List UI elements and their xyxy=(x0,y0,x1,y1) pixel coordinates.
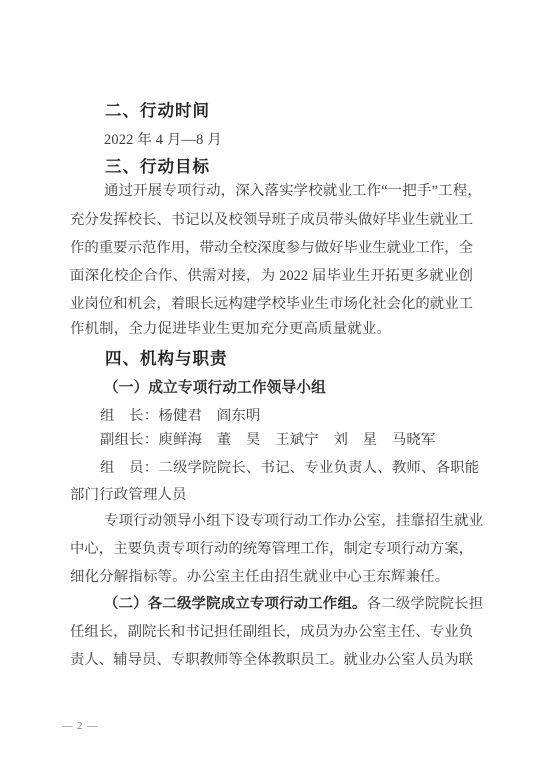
page-number: — 2 — xyxy=(62,721,99,732)
subheading-college-group-line: （二）各二级学院成立专项行动工作组。各二级学院院长担 xyxy=(70,594,509,614)
document-page: 二、行动时间 2022 年 4 月—8 月 三、行动目标 通过开展专项行动，深入… xyxy=(0,0,543,768)
goal-paragraph-line: 作的重要示范作用，带动全校深度参与做好毕业生就业工作，全 xyxy=(70,238,473,258)
college-group-paragraph-line: 任组长，副院长和书记担任副组长，成员为办公室主任、专业负 xyxy=(70,622,473,642)
office-paragraph-line: 细化分解指标等。办公室主任由招生就业中心王东辉兼任。 xyxy=(70,567,475,587)
office-paragraph-line: 专项行动领导小组下设专项行动工作办公室，挂靠招生就业 xyxy=(70,511,509,531)
goal-paragraph-line: 面深化校企合作、供需对接，为 2022 届毕业生开拓更多就业创 xyxy=(70,266,473,286)
college-group-paragraph-line: 责人、辅导员、专职教师等全体教职员工。就业办公室人员为联 xyxy=(70,650,473,670)
member-line: 组 员：二级学院院长、书记、专业负责人、教师、各职能 xyxy=(70,458,505,478)
office-paragraph-line: 中心，主要负责专项行动的统筹管理工作，制定专项行动方案， xyxy=(70,539,473,559)
subheading-college-group: （二）各二级学院成立专项行动工作组。 xyxy=(104,596,367,612)
goal-paragraph-line: 充分发挥校长、书记以及校领导班子成员带头做好毕业生就业工 xyxy=(70,210,473,230)
group-leader-line: 组 长：杨健君 阎东明 xyxy=(70,406,505,426)
action-time-value: 2022 年 4 月—8 月 xyxy=(70,130,509,150)
heading-organization: 四、机构与职责 xyxy=(70,349,510,369)
heading-action-time: 二、行动时间 xyxy=(70,101,510,121)
heading-action-goal: 三、行动目标 xyxy=(70,157,510,177)
member-line: 部门行政管理人员 xyxy=(70,485,475,505)
deputy-leader-line: 副组长：庾鲜海 董 昊 王斌宁 刘 星 马晓军 xyxy=(70,430,505,450)
college-group-paragraph-line: 各二级学院院长担 xyxy=(367,596,484,612)
goal-paragraph-line: 作机制，全力促进毕业生更加充分更高质量就业。 xyxy=(70,319,475,339)
goal-paragraph-line: 通过开展专项行动，深入落实学校就业工作“一把手”工程， xyxy=(70,181,509,201)
goal-paragraph-line: 业岗位和机会，着眼长远构建学校毕业生市场化社会化的就业工 xyxy=(70,294,473,314)
subheading-leading-group: （一）成立专项行动工作领导小组 xyxy=(70,378,509,398)
